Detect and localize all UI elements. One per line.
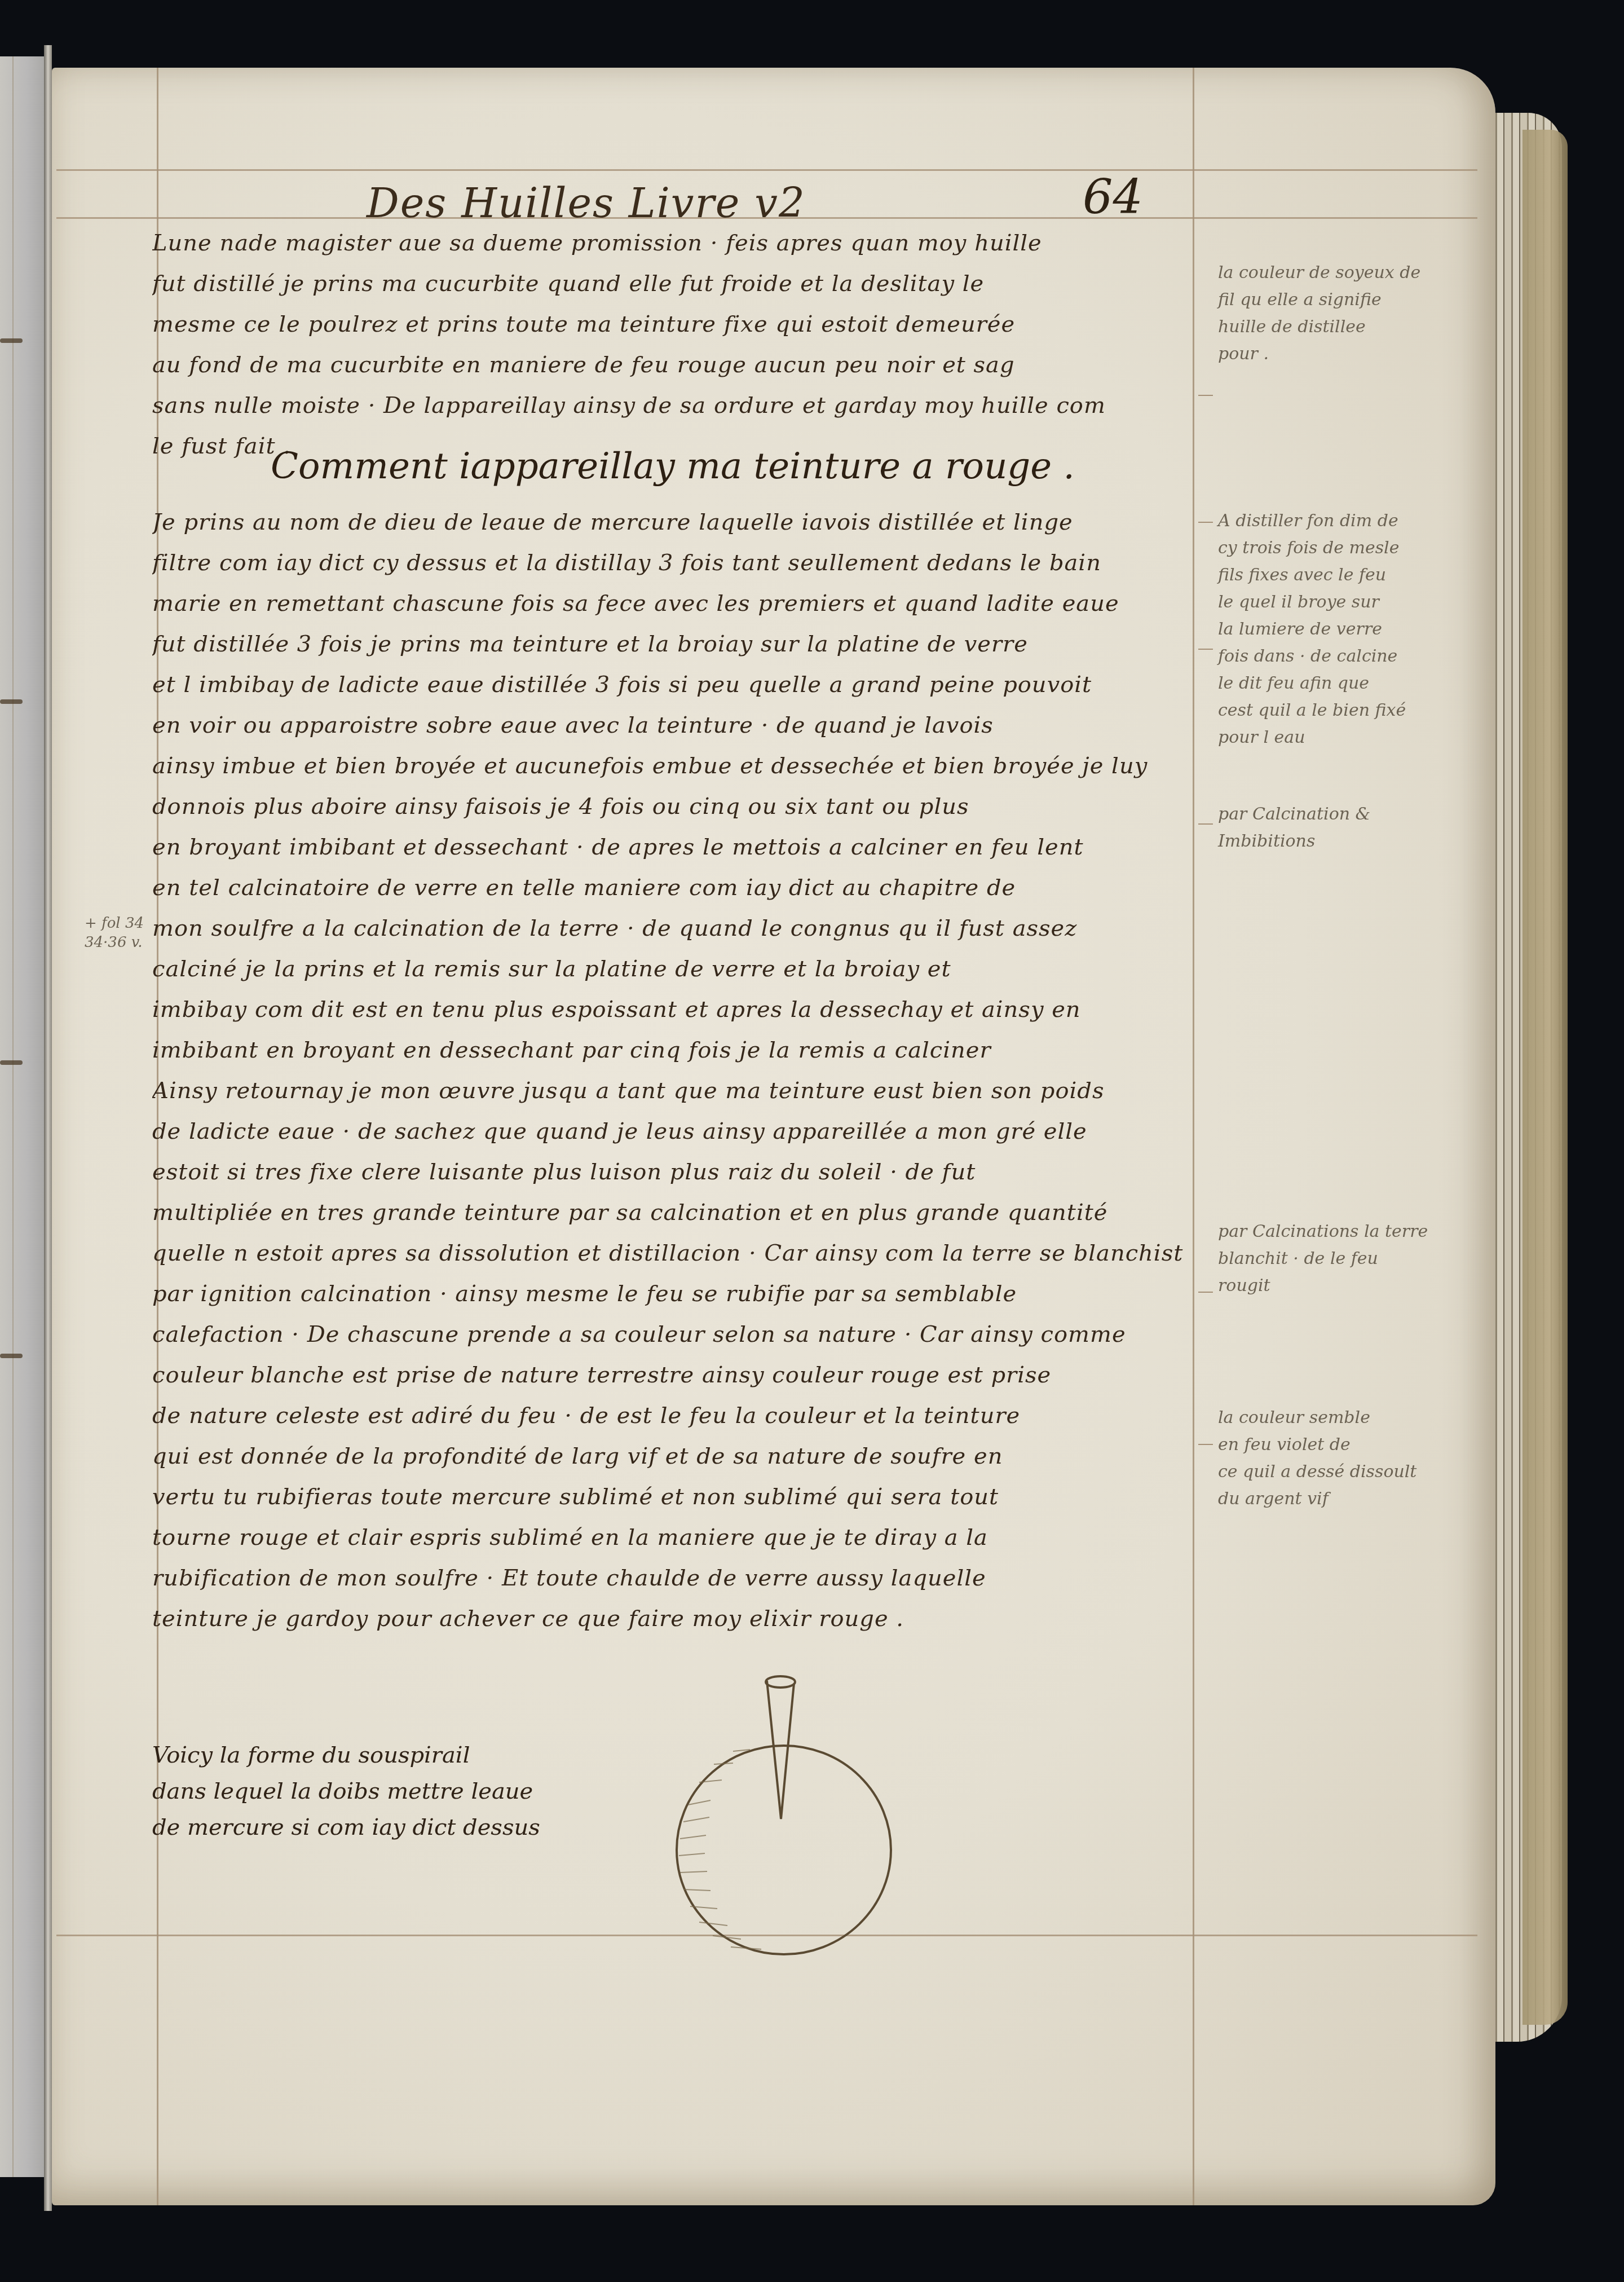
margin-note-2: A distiller fon dim de cy trois fois de …: [1218, 508, 1455, 751]
margin-note-pointer: [1198, 522, 1213, 523]
margin-note-line: par Calcination &: [1218, 801, 1455, 828]
text-line: en voir ou apparoistre sobre eaue avec l…: [152, 705, 1195, 746]
margin-note-line: blanchit · de le feu: [1218, 1245, 1455, 1272]
margin-note-line: le dit feu afin que: [1218, 670, 1455, 697]
margin-note-4: par Calcinations la terre blanchit · de …: [1218, 1218, 1455, 1299]
text-line: au fond de ma cucurbite en maniere de fe…: [152, 345, 1195, 385]
margin-note-line: la lumiere de verre: [1218, 616, 1455, 643]
margin-note-line: rougit: [1218, 1272, 1455, 1299]
caption-line: dans lequel la doibs mettre leaue: [152, 1773, 581, 1809]
margin-note-line: du argent vif: [1218, 1486, 1455, 1513]
text-line: Lune nade magister aue sa dueme promissi…: [152, 223, 1195, 263]
text-line: vertu tu rubifieras toute mercure sublim…: [152, 1477, 1195, 1517]
margin-note-5: la couleur semble en feu violet de ce qu…: [1218, 1404, 1455, 1513]
text-line: sans nulle moiste · De lappareillay ains…: [152, 385, 1195, 426]
margin-note-line: A distiller fon dim de: [1218, 508, 1455, 535]
margin-note-1: la couleur de soyeux de fil qu elle a si…: [1218, 259, 1455, 368]
text-line: de nature celeste est adiré du feu · de …: [152, 1395, 1195, 1436]
text-line: teinture je gardoy pour achever ce que f…: [152, 1598, 1195, 1639]
crossref-line: 34·36 v.: [85, 933, 164, 952]
previous-page-ink-mark: [0, 1354, 23, 1358]
margin-note-pointer: [1198, 1292, 1213, 1293]
text-line: couleur blanche est prise de nature terr…: [152, 1355, 1195, 1395]
text-line: imbibay com dit est en tenu plus espoiss…: [152, 989, 1195, 1030]
text-line: fut distillé je prins ma cucurbite quand…: [152, 263, 1195, 304]
flask-tube-mouth: [766, 1676, 795, 1688]
flask-tube-icon: [767, 1681, 794, 1819]
text-line: et l imbibay de ladicte eaue distillée 3…: [152, 664, 1195, 705]
margin-note-line: ce quil a dessé dissoult: [1218, 1459, 1455, 1486]
margin-note-line: la couleur de soyeux de: [1218, 259, 1455, 287]
margin-note-line: cy trois fois de mesle: [1218, 535, 1455, 562]
text-line: estoit si tres fixe clere luisante plus …: [152, 1152, 1195, 1192]
header-top-rule: [56, 169, 1477, 171]
intro-paragraph: Lune nade magister aue sa dueme promissi…: [152, 223, 1195, 466]
margin-note-line: Imbibitions: [1218, 828, 1455, 855]
text-line: fut distillée 3 fois je prins ma teintur…: [152, 624, 1195, 664]
text-line: imbibant en broyant en dessechant par ci…: [152, 1030, 1195, 1070]
previous-page-ink-mark: [0, 699, 23, 704]
margin-note-3: par Calcination & Imbibitions: [1218, 801, 1455, 855]
previous-page-ruling: [12, 56, 14, 2177]
previous-page-edge: [0, 56, 45, 2177]
body-paragraph: Je prins au nom de dieu de leaue de merc…: [152, 502, 1195, 1639]
text-line: Je prins au nom de dieu de leaue de merc…: [152, 502, 1195, 543]
text-line: calefaction · De chascune prende a sa co…: [152, 1314, 1195, 1355]
text-line: Ainsy retournay je mon œuvre jusqu a tan…: [152, 1070, 1195, 1111]
figure-caption: Voicy la forme du souspirail dans lequel…: [152, 1737, 581, 1845]
flask-shading: [679, 1750, 761, 1949]
text-line: en broyant imbibant et dessechant · de a…: [152, 827, 1195, 867]
text-line: par ignition calcination · ainsy mesme l…: [152, 1274, 1195, 1314]
margin-note-line: par Calcinations la terre: [1218, 1218, 1455, 1245]
text-line: rubification de mon soulfre · Et toute c…: [152, 1558, 1195, 1598]
book-fore-edge-stained: [1522, 130, 1568, 2025]
text-line: tourne rouge et clair espris sublimé en …: [152, 1517, 1195, 1558]
text-line: ainsy imbue et bien broyée et aucunefois…: [152, 746, 1195, 786]
left-margin-crossref: + fol 34 34·36 v.: [85, 914, 164, 952]
text-line: quelle n estoit apres sa dissolution et …: [152, 1233, 1195, 1274]
text-line: marie en remettant chascune fois sa fece…: [152, 583, 1195, 624]
margin-note-line: pour l eau: [1218, 724, 1455, 751]
margin-note-pointer: [1198, 649, 1213, 650]
book-gutter: [44, 45, 52, 2211]
margin-note-line: fois dans · de calcine: [1218, 643, 1455, 670]
text-line: qui est donnée de la profondité de larg …: [152, 1436, 1195, 1477]
caption-line: Voicy la forme du souspirail: [152, 1737, 581, 1773]
margin-note-line: huille de distillee: [1218, 314, 1455, 341]
text-line: filtre com iay dict cy dessus et la dist…: [152, 543, 1195, 583]
margin-note-line: la couleur semble: [1218, 1404, 1455, 1431]
crossref-line: + fol 34: [85, 914, 164, 933]
margin-note-line: cest quil a le bien fixé: [1218, 697, 1455, 724]
caption-line: de mercure si com iay dict dessus: [152, 1809, 581, 1845]
margin-note-line: en feu violet de: [1218, 1431, 1455, 1459]
margin-note-line: fil qu elle a signifie: [1218, 287, 1455, 314]
section-heading: Comment iappareillay ma teinture a rouge…: [271, 446, 1075, 487]
previous-page-ink-mark: [0, 338, 23, 343]
text-line: en tel calcinatoire de verre en telle ma…: [152, 867, 1195, 908]
margin-note-line: fils fixes avec le feu: [1218, 562, 1455, 589]
text-line: mesme ce le poulrez et prins toute ma te…: [152, 304, 1195, 345]
text-line: mon soulfre a la calcination de la terre…: [152, 908, 1195, 949]
text-line: donnois plus aboire ainsy faisois je 4 f…: [152, 786, 1195, 827]
margin-note-pointer: [1198, 823, 1213, 825]
flask-drawing: [665, 1669, 902, 1963]
margin-note-pointer: [1198, 1444, 1213, 1445]
previous-page-ink-mark: [0, 1060, 23, 1065]
margin-note-line: pour .: [1218, 341, 1455, 368]
text-line: multipliée en tres grande teinture par s…: [152, 1192, 1195, 1233]
text-line: calciné je la prins et la remis sur la p…: [152, 949, 1195, 989]
margin-note-line: le quel il broye sur: [1218, 589, 1455, 616]
margin-note-pointer: [1198, 395, 1213, 396]
text-line: de ladicte eaue · de sachez que quand je…: [152, 1111, 1195, 1152]
running-head: Des Huilles Livre v2: [367, 179, 806, 227]
folio-number: 64: [1083, 169, 1143, 224]
